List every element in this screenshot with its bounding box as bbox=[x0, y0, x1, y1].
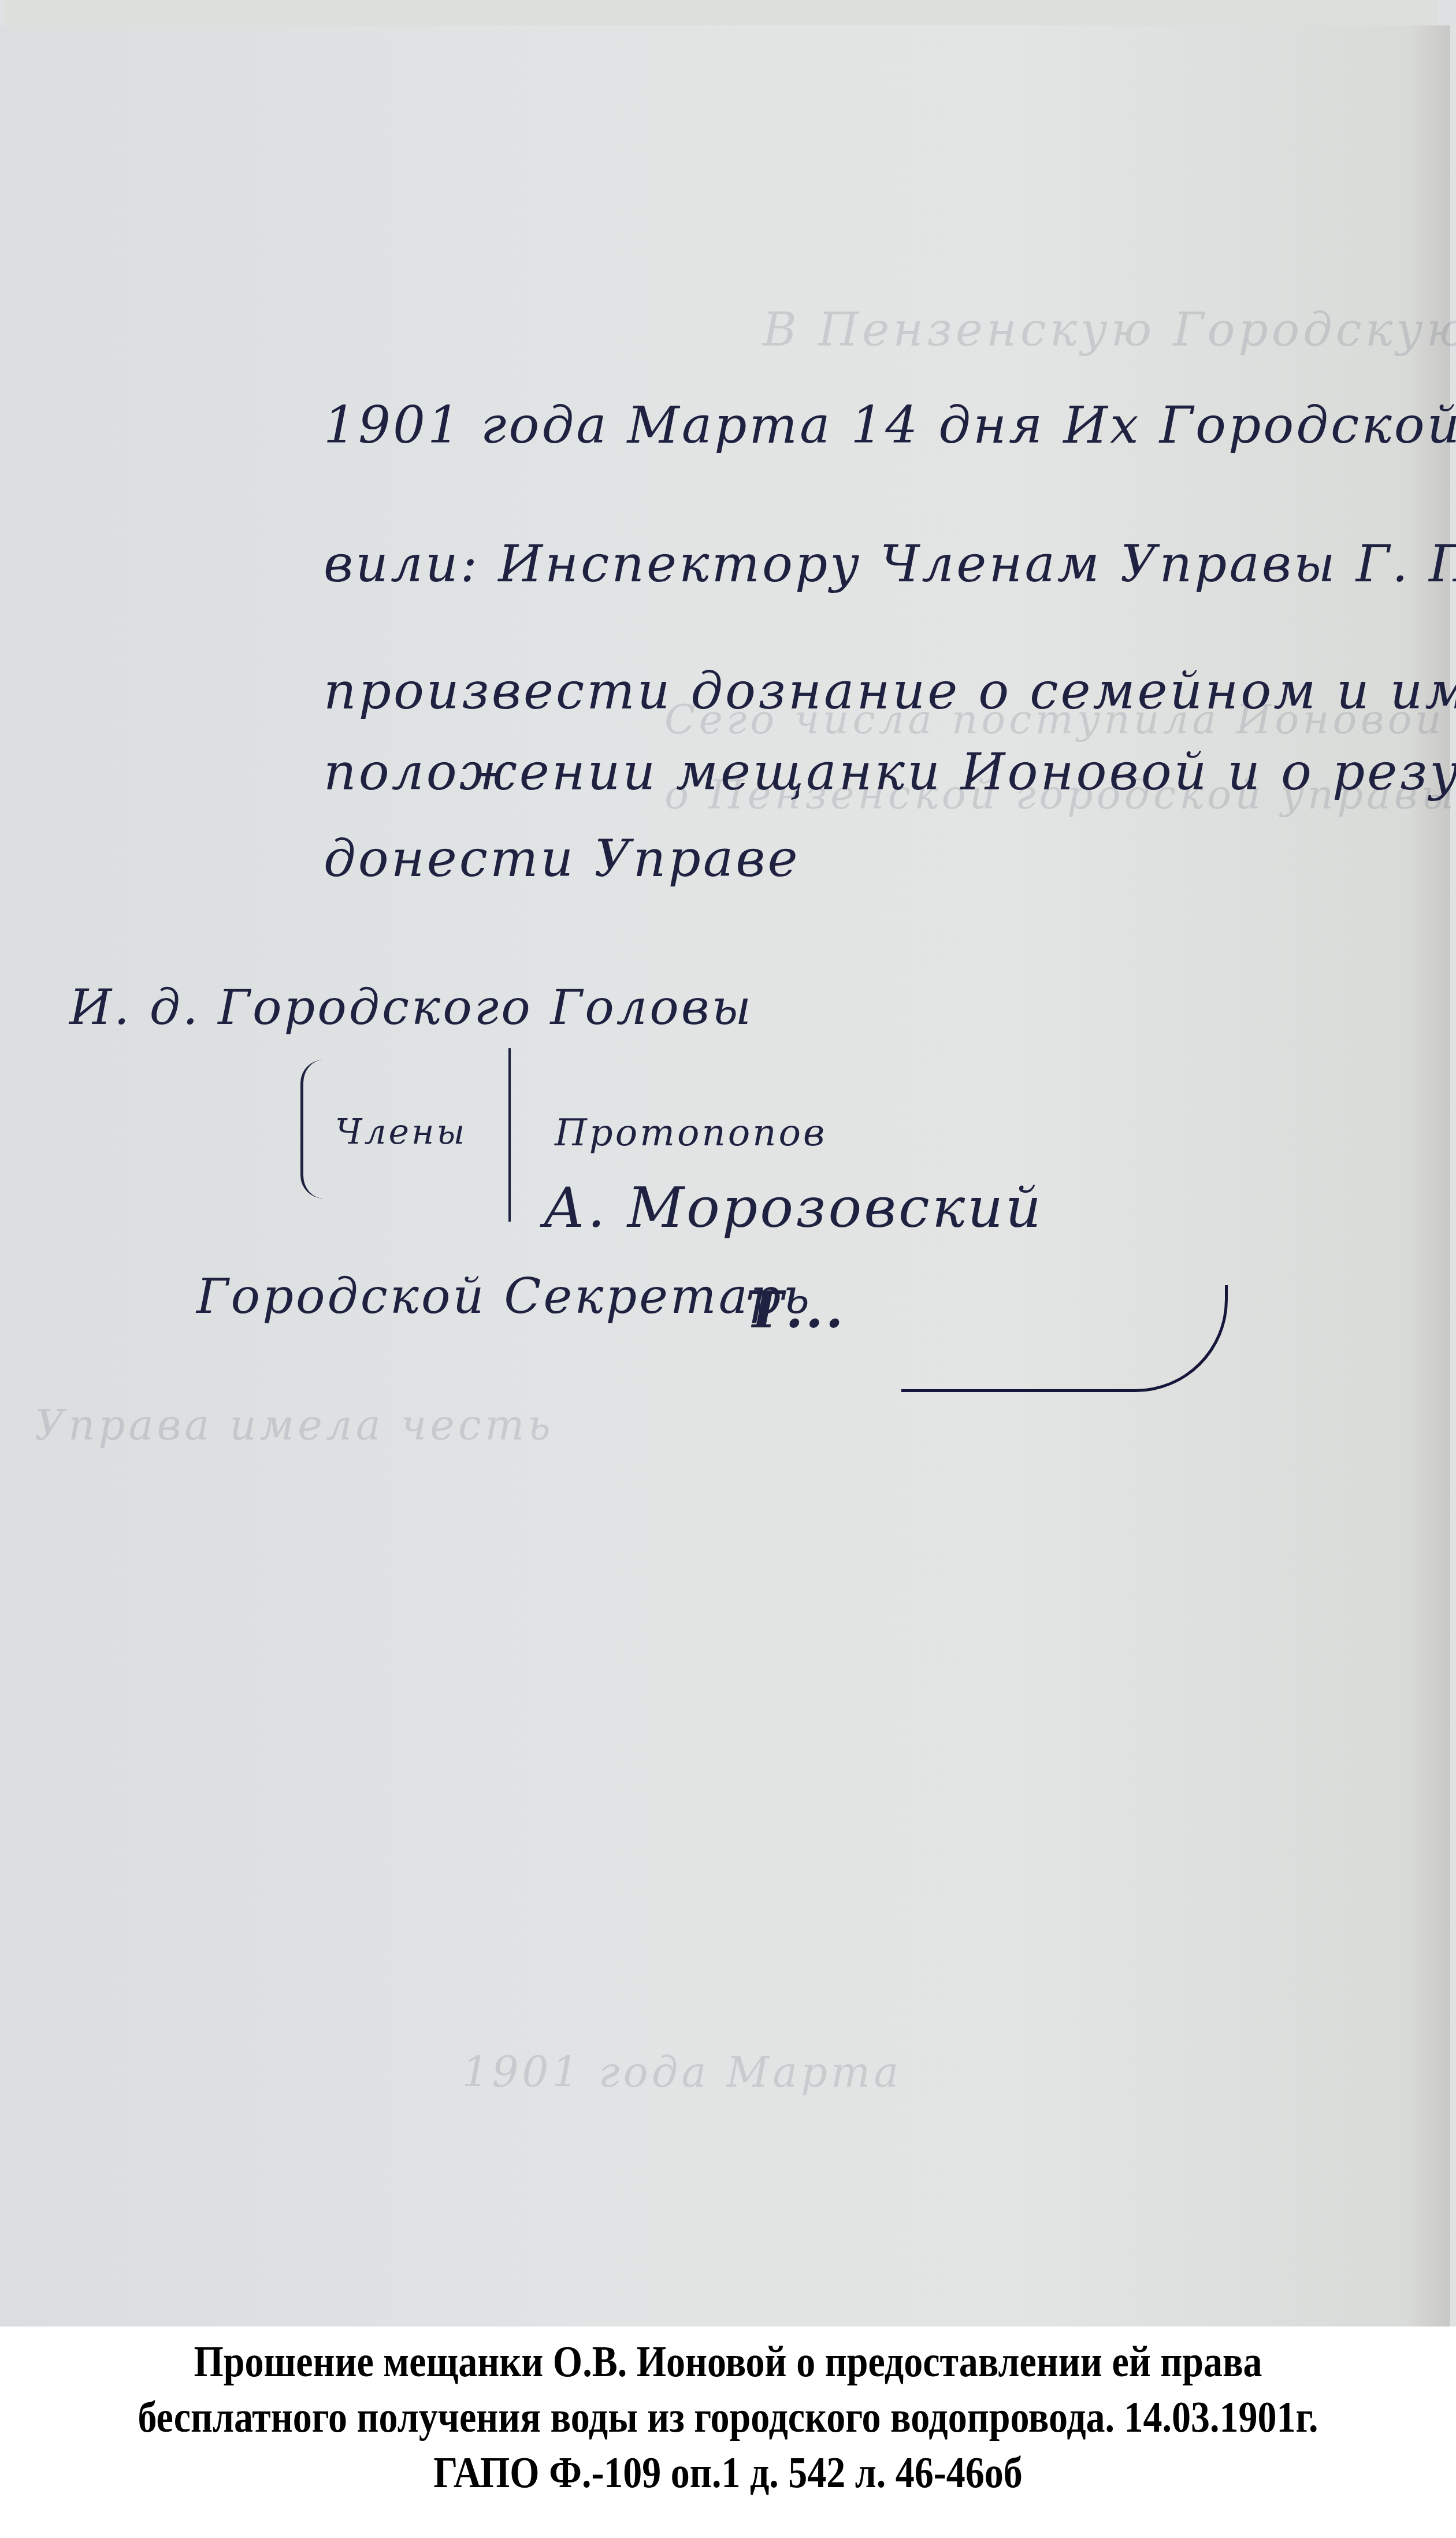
signature-protopopov: Протопопов bbox=[555, 1112, 827, 1155]
bleed-through-text: 1901 года Марта bbox=[462, 2048, 902, 2097]
bleed-through-text: В Пензенскую Городскую Управу bbox=[763, 303, 1456, 357]
acting-mayor-label: И. д. Городского Головы bbox=[69, 979, 753, 1036]
caption-line-1: Прошение мещанки О.В. Ионовой о предоста… bbox=[0, 2331, 1456, 2394]
caption-line-3: ГАПО Ф.-109 оп.1 д. 542 л. 46-46об bbox=[0, 2441, 1456, 2505]
signature-secretary: Т... bbox=[745, 1279, 845, 1339]
bracket-right bbox=[508, 1048, 511, 1222]
handwritten-line: произвести дознание о семейном и имущест… bbox=[324, 661, 1456, 721]
paper-sheet: В Пензенскую Городскую Управу Сего числа… bbox=[0, 25, 1450, 2326]
bracket-left bbox=[300, 1060, 326, 1198]
handwritten-line: донести Управе bbox=[324, 829, 800, 888]
bleed-through-text: Управа имела честь bbox=[35, 1401, 554, 1449]
city-secretary-label: Городской Секретарь bbox=[196, 1268, 812, 1324]
handwritten-line: положении мещанки Ионовой и о результата… bbox=[324, 742, 1456, 802]
signature-morozovsky: А. Морозовский bbox=[543, 1175, 1043, 1240]
caption: Прошение мещанки О.В. Ионовой о предоста… bbox=[0, 2326, 1456, 2538]
handwritten-line: вили: Инспектору Членам Управы Г. Протоп… bbox=[324, 534, 1456, 593]
handwritten-line: 1901 года Марта 14 дня Их Городской Упра… bbox=[324, 395, 1456, 455]
signature-flourish bbox=[901, 1285, 1228, 1392]
caption-line-2: бесплатного получения воды из городского… bbox=[0, 2386, 1456, 2450]
members-label: Члены bbox=[335, 1112, 467, 1152]
document-photo: В Пензенскую Городскую Управу Сего числа… bbox=[0, 0, 1456, 2326]
